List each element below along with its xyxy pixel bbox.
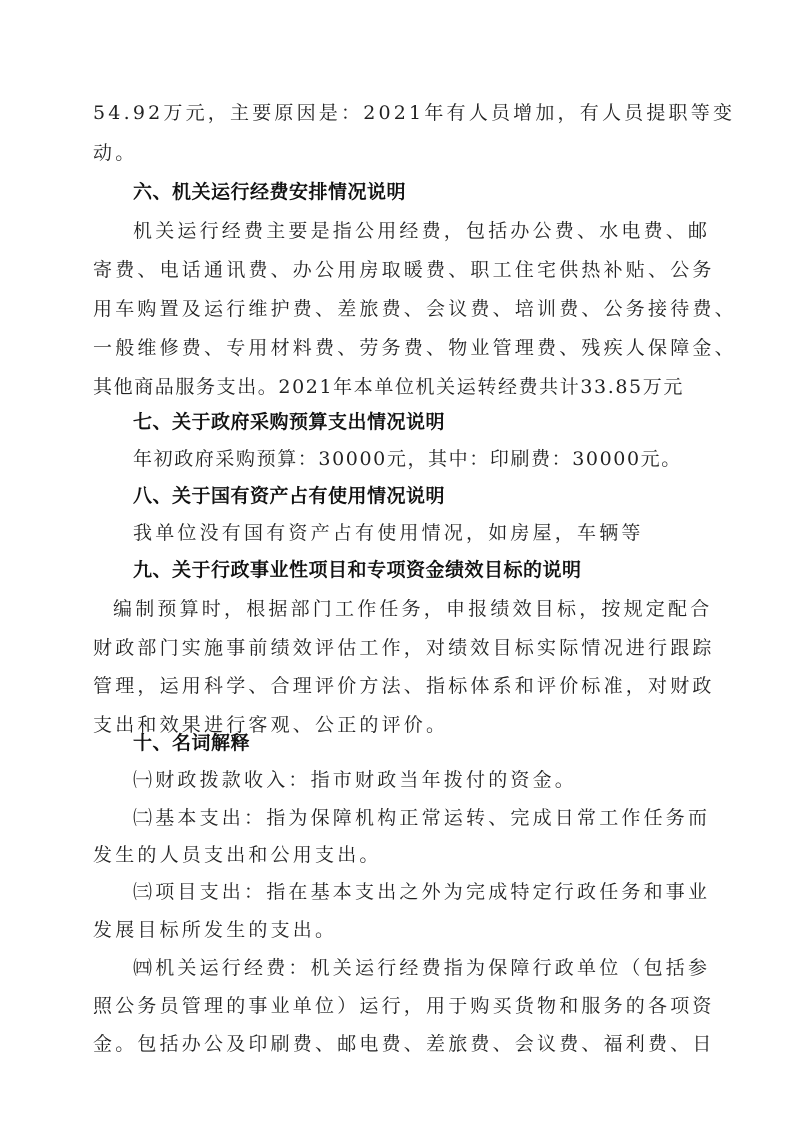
paragraph-line: 寄费、电话通讯费、办公用房取暖费、职工住宅供热补贴、公务 (93, 258, 703, 282)
paragraph-line: 机关运行经费主要是指公用经费，包括办公费、水电费、邮 (133, 219, 703, 243)
paragraph-line: ㈠财政拨款收入：指市财政当年拨付的资金。 (133, 768, 703, 792)
section-heading-10: 十、名词解释 (133, 731, 703, 755)
paragraph-line: 管理，运用科学、合理评价方法、指标体系和评价标准，对财政 (93, 674, 703, 698)
paragraph-line: ㈢项目支出：指在基本支出之外为完成特定行政任务和事业 (133, 880, 703, 904)
paragraph-line: ㈣机关运行经费：机关运行经费指为保障行政单位（包括参 (133, 956, 703, 980)
section-heading-7: 七、关于政府采购预算支出情况说明 (133, 410, 703, 434)
paragraph-line: 54.92万元，主要原因是：2021年有人员增加，有人员提职等变 (93, 101, 703, 125)
section-heading-9: 九、关于行政事业性项目和专项资金绩效目标的说明 (133, 558, 703, 582)
paragraph-line: 发展目标所发生的支出。 (93, 918, 703, 942)
paragraph-line: 其他商品服务支出。2021年本单位机关运转经费共计33.85万元 (93, 375, 703, 399)
paragraph-line: ㈡基本支出：指为保障机构正常运转、完成日常工作任务而 (133, 806, 703, 830)
paragraph-line: 我单位没有国有资产占有使用情况，如房屋，车辆等 (133, 521, 703, 545)
paragraph-line: 发生的人员支出和公用支出。 (93, 843, 703, 867)
section-heading-6: 六、机关运行经费安排情况说明 (133, 180, 703, 204)
paragraph-line: 动。 (93, 141, 703, 165)
paragraph-line: 一般维修费、专用材料费、劳务费、物业管理费、残疾人保障金、 (93, 336, 703, 360)
paragraph-line: 年初政府采购预算：30000元，其中：印刷费：30000元。 (133, 447, 703, 471)
paragraph-line: 照公务员管理的事业单位）运行，用于购买货物和服务的各项资 (93, 994, 703, 1018)
document-page: 54.92万元，主要原因是：2021年有人员增加，有人员提职等变 动。 六、机关… (0, 0, 793, 1122)
paragraph-line: 金。包括办公及印刷费、邮电费、差旅费、会议费、福利费、日 (93, 1032, 703, 1056)
paragraph-line: 用车购置及运行维护费、差旅费、会议费、培训费、公务接待费、 (93, 297, 703, 321)
paragraph-line: 编制预算时，根据部门工作任务，申报绩效目标，按规定配合 (113, 597, 703, 621)
paragraph-line: 财政部门实施事前绩效评估工作，对绩效目标实际情况进行跟踪 (93, 636, 703, 660)
section-heading-8: 八、关于国有资产占有使用情况说明 (133, 484, 703, 508)
